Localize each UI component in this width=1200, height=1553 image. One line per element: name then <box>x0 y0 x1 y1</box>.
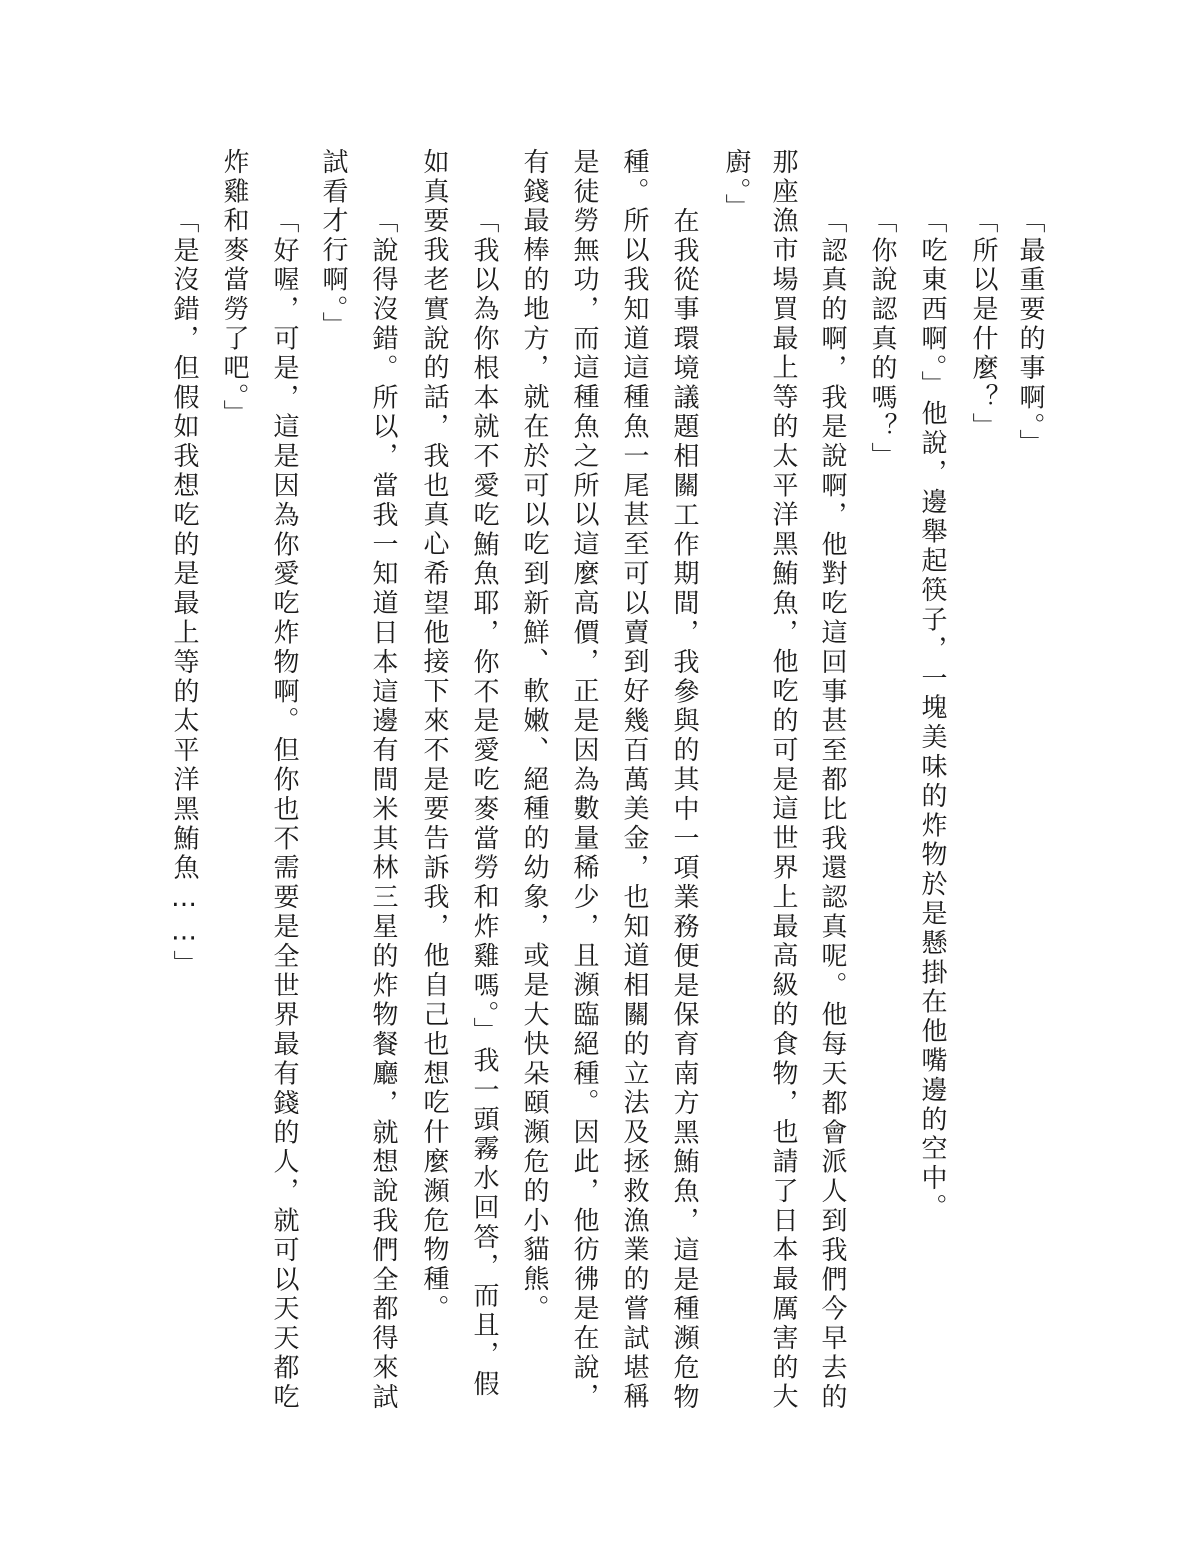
text-column-3: 「吃東西啊。」他說，邊舉起筷子，一塊美味的炸物於是懸掛在他嘴邊的空中。 <box>915 148 949 1223</box>
text-column-2: 「所以是什麼？」 <box>966 148 1000 442</box>
text-column-15: 試看才行啊。」 <box>316 148 350 341</box>
text-column-10: 是徒勞無功，而這種魚之所以這麼高價，正是因為數量稀少，且瀕臨絕種。因此，他彷彿是… <box>567 148 601 1412</box>
text-column-7: 廚。」 <box>719 148 753 223</box>
text-column-13: 如真要我老實說的話，我也真心希望他接下來不是要告訴我，他自己也想吃什麼瀕危物種。 <box>417 148 451 1324</box>
text-column-4: 「你說認真的嗎？」 <box>865 148 899 472</box>
text-column-1: 「最重要的事啊。」 <box>1013 148 1047 459</box>
text-column-11: 有錢最棒的地方，就在於可以吃到新鮮、軟嫩、絕種的幼象，或是大快朵頤瀕危的小貓熊。 <box>517 148 551 1324</box>
text-column-12: 「我以為你根本就不愛吃鮪魚耶，你不是愛吃麥當勞和炸雞嗎。」我一頭霧水回答，而且，… <box>467 148 501 1399</box>
text-column-18: 「是沒錯，但假如我想吃的是最上等的太平洋黑鮪魚……」 <box>167 148 201 979</box>
text-column-16: 「好喔，可是，這是因為你愛吃炸物啊。但你也不需要是全世界最有錢的人，就可以天天都… <box>267 148 301 1412</box>
text-column-9: 種。所以我知道這種魚一尾甚至可以賣到好幾百萬美金，也知道相關的立法及拯救漁業的嘗… <box>617 148 651 1412</box>
text-column-14: 「說得沒錯。所以，當我一知道日本這邊有間米其林三星的炸物餐廳，就想說我們全都得來… <box>366 148 400 1412</box>
text-column-5: 「認真的啊，我是說啊，他對吃這回事甚至都比我還認真呢。他每天都會派人到我們今早去… <box>815 148 849 1412</box>
text-column-17: 炸雞和麥當勞了吧。」 <box>217 148 251 429</box>
text-column-6: 那座漁市場買最上等的太平洋黑鮪魚，他吃的可是這世界上最高級的食物，也請了日本最厲… <box>766 148 800 1412</box>
document-page: 「最重要的事啊。」 「所以是什麼？」 「吃東西啊。」他說，邊舉起筷子，一塊美味的… <box>0 0 1200 1553</box>
text-column-8: 在我從事環境議題相關工作期間，我參與的其中一項業務便是保育南方黑鮪魚，這是種瀕危… <box>667 148 701 1412</box>
